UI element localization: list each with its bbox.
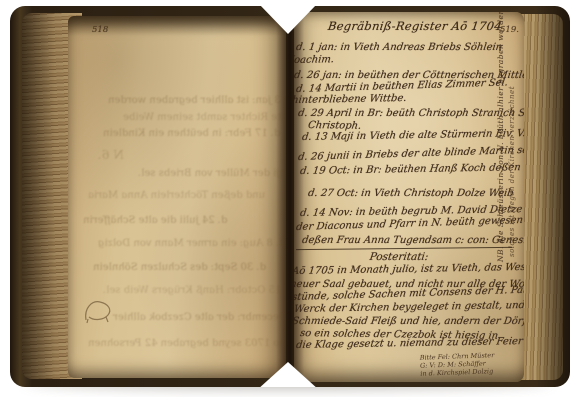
bleed-through-line: N 6. xyxy=(97,148,125,162)
bleed-through-line: d. 2 Decembr: der alte Czezbok allhier xyxy=(112,312,286,323)
bleed-through-line: und deßen Töchterlein Anna Maria xyxy=(87,190,266,201)
spine-top-notch xyxy=(259,6,317,34)
right-page: Begräbniß-Register Aō 1704 519. d. 1 jan… xyxy=(294,12,524,382)
burial-entry-line: hinterbliebene Wittbe. xyxy=(294,93,407,107)
book-gutter-crease xyxy=(276,9,304,387)
left-page: 518 den 3 jan: ist allhier begraben word… xyxy=(68,16,286,378)
vertical-marginalia: solches ist wegen der Kirchen verzeichne… xyxy=(508,67,516,257)
burial-entry-line: d. 29 April in Br: beüth Christoph Stran… xyxy=(297,108,524,120)
bleed-through-line: d. 15 Octobr: Hanß Krügers Weib sel. xyxy=(102,285,286,296)
spine-bottom-notch xyxy=(257,362,319,387)
burial-entry-line: d. 27 Oct: in Vieth Christoph Dolze Weib xyxy=(307,188,514,200)
note-line: Schmiede-Said Fleiß und hie, andern der … xyxy=(294,316,524,328)
bleed-through-line: der alte Richter sambt seinem Weibe xyxy=(122,112,286,123)
bleed-through-line: d. 17 Febr: in beüthen ein Kindlein xyxy=(102,128,281,139)
section-divider-rule xyxy=(296,247,512,250)
signature-block: Bitte Fel: Chrn Müster G: V: D: M: Schäf… xyxy=(420,350,521,377)
posteritati-heading: Posteritati: xyxy=(333,251,465,263)
burial-entry-line: d. 1 jan: in Vieth Andreas Briebs Söhlei… xyxy=(295,42,503,54)
note-line: Aō 1705 in Monath julio, ist zu Vieth, d… xyxy=(294,262,524,278)
vertical-marginalia: NB. die Schleüsserin von N. beüth alhier… xyxy=(496,42,505,262)
left-page-number: 518 xyxy=(92,24,108,36)
burial-entry-line: deßen Frau Anna Tugendsam c: con: Genes:… xyxy=(301,235,524,247)
open-book: 518 den 3 jan: ist allhier begraben word… xyxy=(10,6,570,387)
photo-of-open-register-book: { "photo": { "subject": "Open handwritte… xyxy=(0,0,580,397)
bleed-through-line: d. 9 Maji der Müller von Briebs sel. xyxy=(137,168,286,179)
ink-sketch-doodle xyxy=(82,296,116,326)
burial-entry-line: d. 26 junii in Briebs der alte blinde Ma… xyxy=(297,144,524,164)
bleed-through-line: d. 8 Aug: ein armer Mann von Dolzig xyxy=(97,238,286,249)
bleed-through-line: Anno 1703 seynd begraben 42 Persohnen xyxy=(87,338,286,349)
register-title: Begräbniß-Register Aō 1704 xyxy=(327,20,499,32)
bleed-through-line: d. 30 Sept: des Schulzen Söhnlein xyxy=(92,262,266,273)
bleed-through-line: den 3 jan: ist allhier begraben worden xyxy=(107,95,286,106)
burial-entry-line: d. 19 Oct: in Br: beüthen Hanß Koch deße… xyxy=(299,161,524,178)
bleed-through-line: d. 24 julii die alte Schäfferin xyxy=(82,215,228,226)
